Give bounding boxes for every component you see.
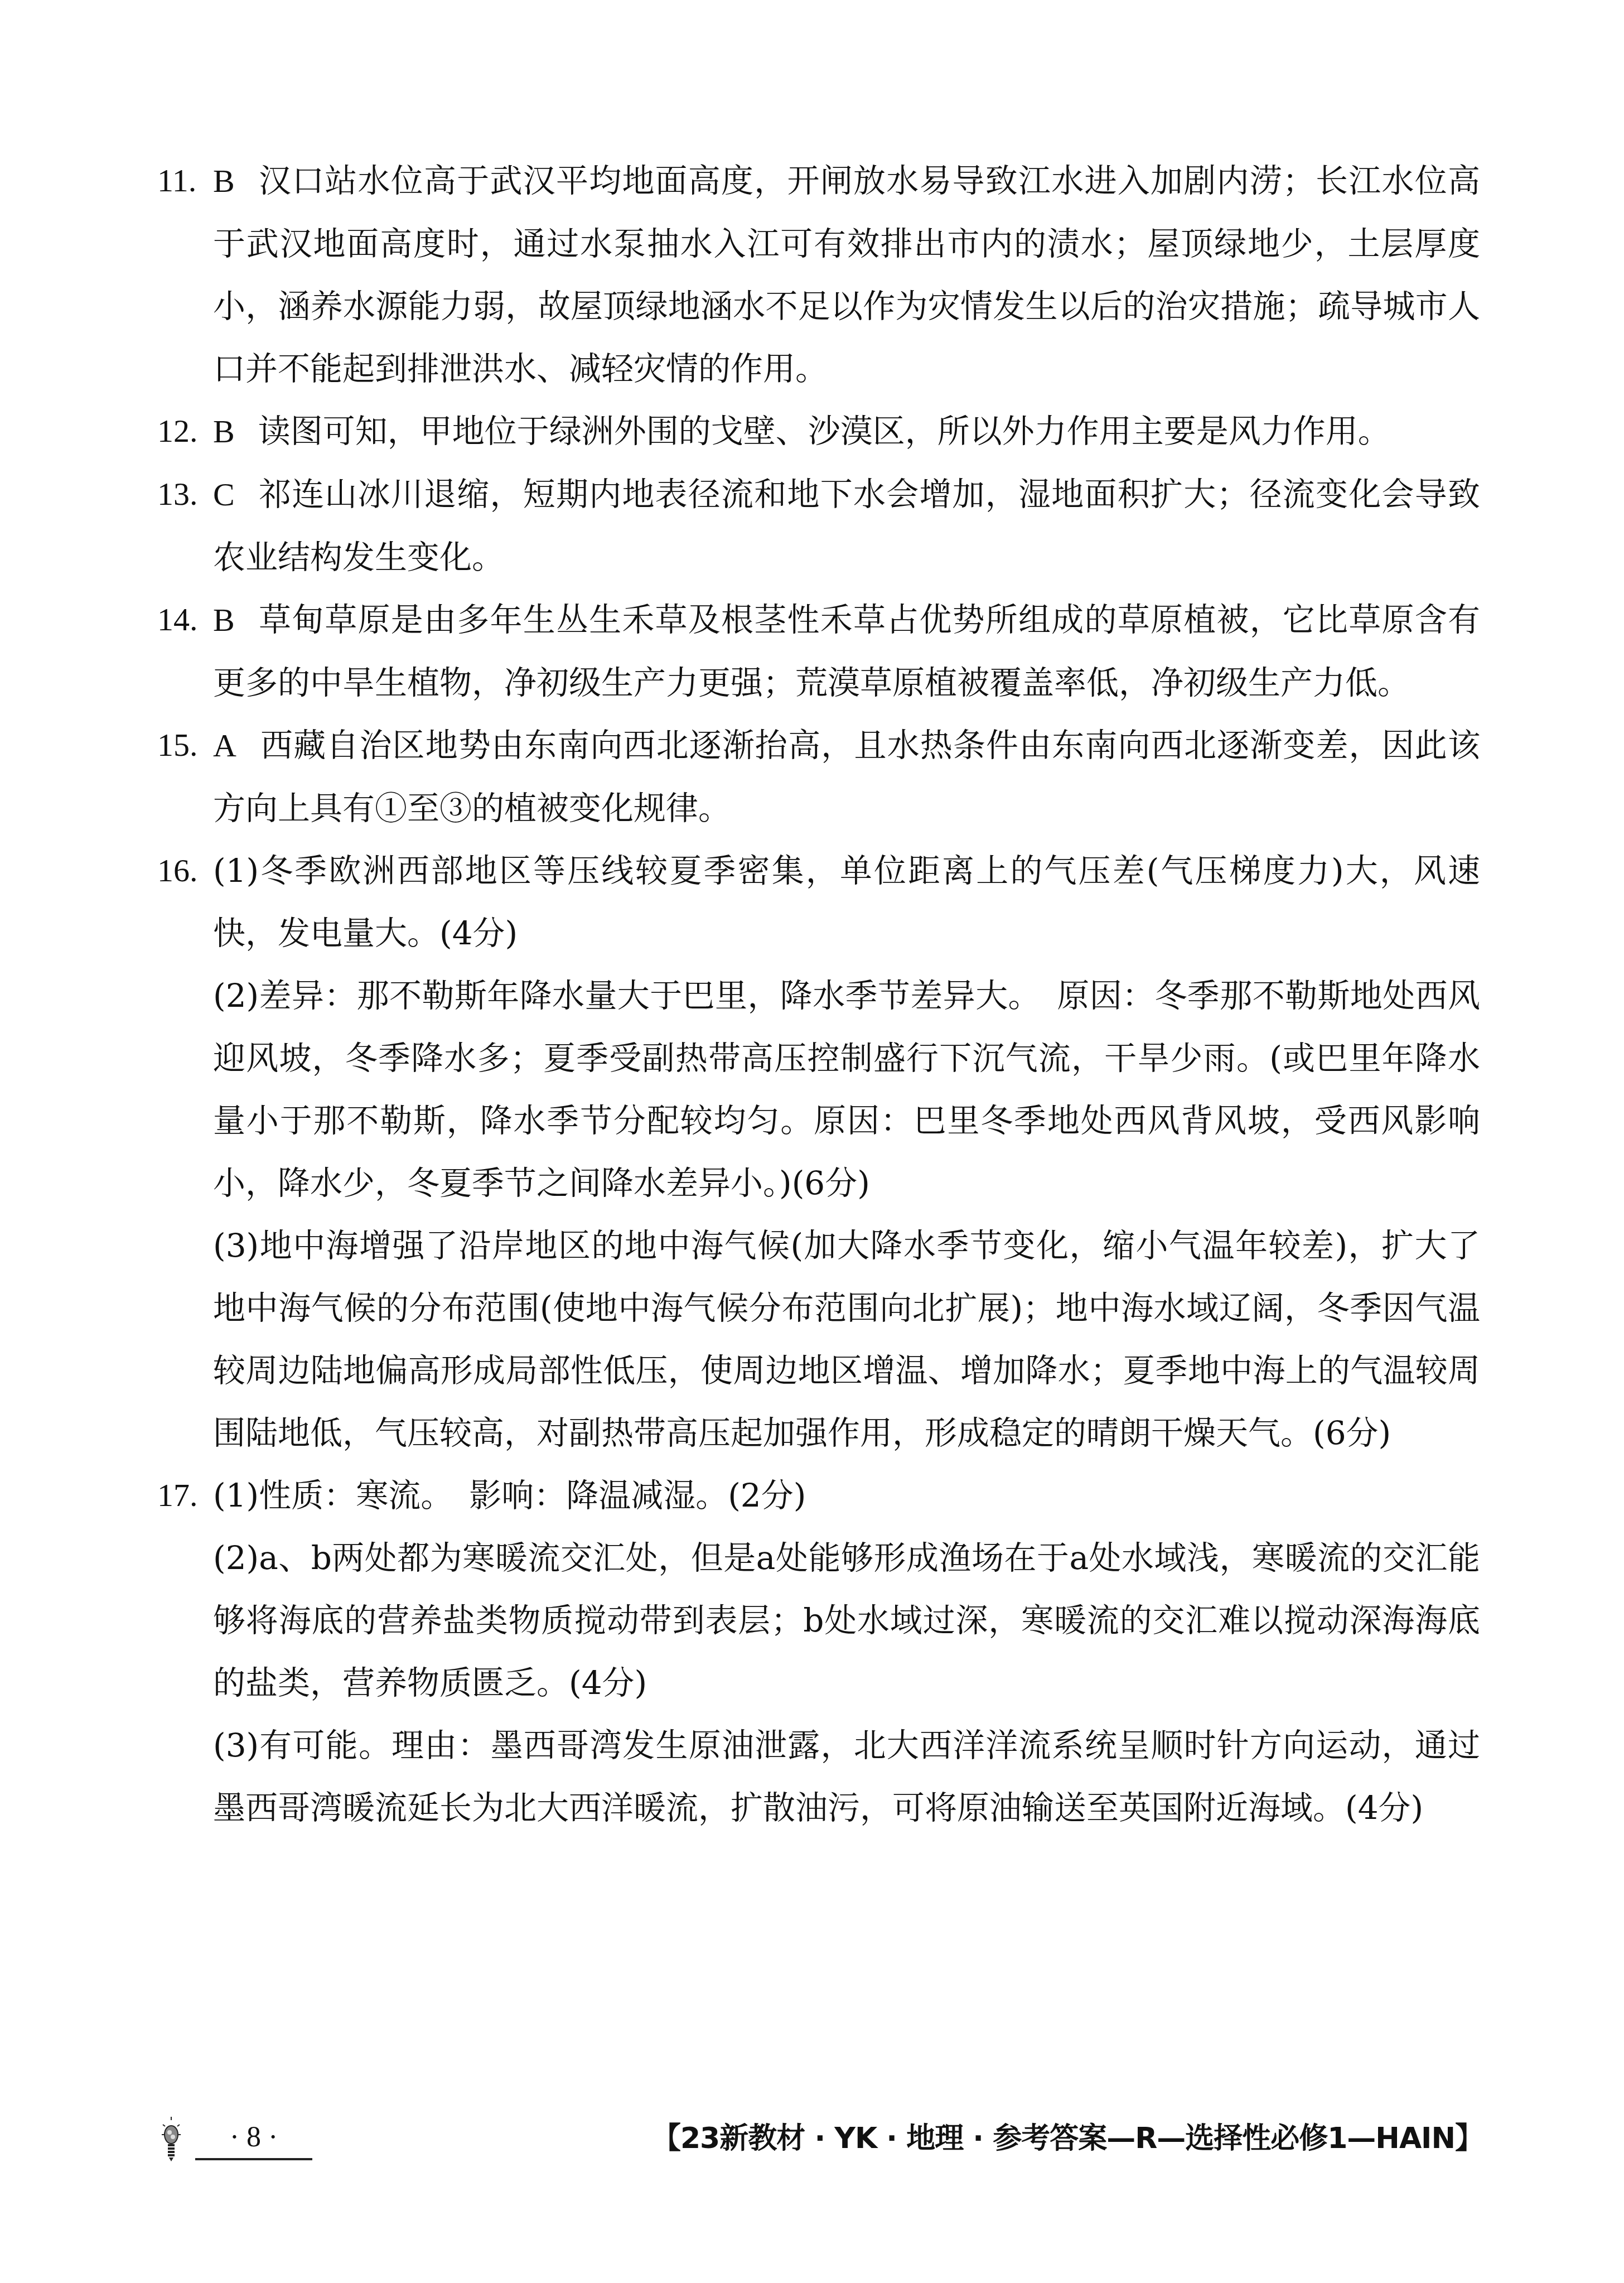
lightbulb-icon — [162, 2117, 181, 2161]
question-number: 11. — [157, 149, 196, 212]
question-number: 15. — [157, 714, 198, 776]
answer-choice: B — [213, 163, 235, 199]
question-number: 16. — [157, 839, 198, 902]
answer-explanation: 草甸草原是由多年生丛生禾草及根茎性禾草占优势所组成的草原植被，它比草原含有更多的… — [213, 601, 1480, 702]
document-page: 11. B汉口站水位高于武汉平均地面高度，开闸放水易导致江水进入加剧内涝；长江水… — [0, 0, 1624, 2283]
answer-choice: B — [213, 602, 235, 638]
answer-choice: C — [213, 476, 235, 513]
answer-item-13: 13. C祁连山冰川退缩，短期内地表径流和地下水会增加，湿地面积扩大；径流变化会… — [157, 463, 1480, 588]
answer-item-17: 17. (1)性质：寒流。 影响：降温减湿。(2分) (2)a、b两处都为寒暖流… — [157, 1464, 1480, 1839]
question-number: 12. — [157, 400, 198, 462]
question-number: 14. — [157, 588, 198, 651]
sub-answer-2: (2)a、b两处都为寒暖流交汇处，但是a处能够形成渔场在于a处水域浅，寒暖流的交… — [213, 1527, 1480, 1714]
question-number: 17. — [157, 1464, 198, 1527]
page-footer: · 8 · 【23新教材 · YK · 地理 · 参考答案—R—选择性必修1—H… — [162, 2117, 1483, 2167]
answer-explanation: 读图可知，甲地位于绿洲外围的戈壁、沙漠区，所以外力作用主要是风力作用。 — [258, 412, 1390, 450]
page-number: · 8 · — [195, 2119, 312, 2160]
answer-explanation: 汉口站水位高于武汉平均地面高度，开闸放水易导致江水进入加剧内涝；长江水位高于武汉… — [213, 162, 1480, 388]
answer-item-16: 16. (1)冬季欧洲西部地区等压线较夏季密集，单位距离上的气压差(气压梯度力)… — [157, 839, 1480, 1464]
answer-item-12: 12. B读图可知，甲地位于绿洲外围的戈壁、沙漠区，所以外力作用主要是风力作用。 — [157, 400, 1480, 463]
sub-answer-3: (3)地中海增强了沿岸地区的地中海气候(加大降水季节变化，缩小气温年较差)，扩大… — [213, 1214, 1480, 1464]
answer-explanation: 祁连山冰川退缩，短期内地表径流和地下水会增加，湿地面积扩大；径流变化会导致农业结… — [213, 475, 1480, 576]
sub-answer-3: (3)有可能。理由：墨西哥湾发生原油泄露，北大西洋洋流系统呈顺时针方向运动，通过… — [213, 1714, 1480, 1839]
answer-choice: B — [213, 413, 235, 450]
sub-answer-2: (2)差异：那不勒斯年降水量大于巴里，降水季节差异大。 原因：冬季那不勒斯地处西… — [213, 964, 1480, 1214]
sub-answer-1: (1)冬季欧洲西部地区等压线较夏季密集，单位距离上的气压差(气压梯度力)大，风速… — [213, 839, 1480, 964]
book-tag: 【23新教材 · YK · 地理 · 参考答案—R—选择性必修1—HAIN】 — [652, 2120, 1483, 2157]
answer-item-14: 14. B草甸草原是由多年生丛生禾草及根茎性禾草占优势所组成的草原植被，它比草原… — [157, 588, 1480, 714]
answer-content: 11. B汉口站水位高于武汉平均地面高度，开闸放水易导致江水进入加剧内涝；长江水… — [157, 149, 1480, 1839]
sub-answer-1: (1)性质：寒流。 影响：降温减湿。(2分) — [213, 1464, 1480, 1527]
answer-choice: A — [213, 727, 236, 764]
answer-item-11: 11. B汉口站水位高于武汉平均地面高度，开闸放水易导致江水进入加剧内涝；长江水… — [157, 149, 1480, 400]
question-number: 13. — [157, 463, 198, 525]
answer-explanation: 西藏自治区地势由东南向西北逐渐抬高，且水热条件由东南向西北逐渐变差，因此该方向上… — [213, 726, 1480, 827]
answer-item-15: 15. A西藏自治区地势由东南向西北逐渐抬高，且水热条件由东南向西北逐渐变差，因… — [157, 714, 1480, 839]
